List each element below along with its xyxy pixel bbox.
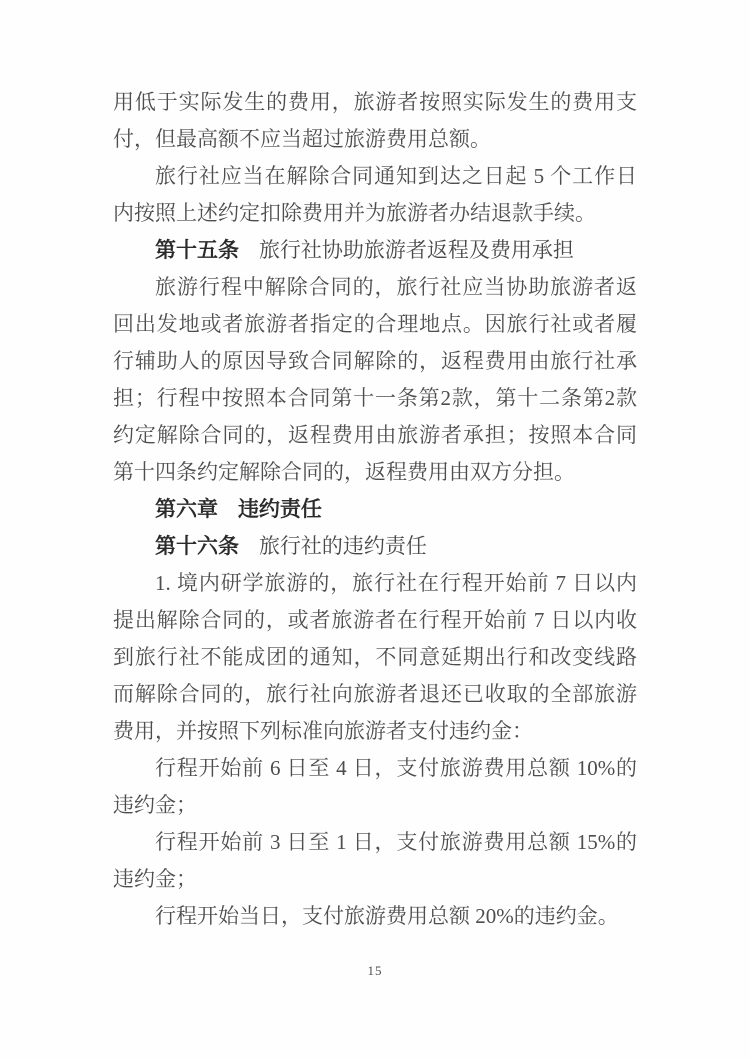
paragraph: 行程开始当日，支付旅游费用总额 20%的违约金。 [113, 898, 637, 935]
heading-title: 违约责任 [238, 497, 322, 521]
document-page: 用低于实际发生的费用，旅游者按照实际发生的费用支付，但最高额不应当超过旅游费用总… [0, 0, 750, 1061]
article-heading: 第十五条旅行社协助旅游者返程及费用承担 [113, 232, 637, 269]
paragraph: 1. 境内研学旅游的，旅行社在行程开始前 7 日以内提出解除合同的，或者旅游者在… [113, 565, 637, 750]
heading-label: 第六章 [155, 497, 218, 521]
paragraph: 用低于实际发生的费用，旅游者按照实际发生的费用支付，但最高额不应当超过旅游费用总… [113, 84, 637, 158]
paragraph: 行程开始前 3 日至 1 日，支付旅游费用总额 15%的违约金； [113, 824, 637, 898]
page-number: 15 [0, 963, 750, 979]
chapter-heading: 第六章违约责任 [113, 491, 637, 528]
paragraph: 旅行社应当在解除合同通知到达之日起 5 个工作日内按照上述约定扣除费用并为旅游者… [113, 158, 637, 232]
paragraph: 行程开始前 6 日至 4 日，支付旅游费用总额 10%的违约金； [113, 750, 637, 824]
article-heading: 第十六条旅行社的违约责任 [113, 528, 637, 565]
heading-label: 第十六条 [155, 534, 239, 558]
paragraph: 旅游行程中解除合同的，旅行社应当协助旅游者返回出发地或者旅游者指定的合理地点。因… [113, 269, 637, 491]
heading-label: 第十五条 [155, 238, 239, 262]
heading-title: 旅行社的违约责任 [259, 534, 427, 558]
document-body: 用低于实际发生的费用，旅游者按照实际发生的费用支付，但最高额不应当超过旅游费用总… [113, 84, 637, 935]
heading-title: 旅行社协助旅游者返程及费用承担 [259, 238, 574, 262]
